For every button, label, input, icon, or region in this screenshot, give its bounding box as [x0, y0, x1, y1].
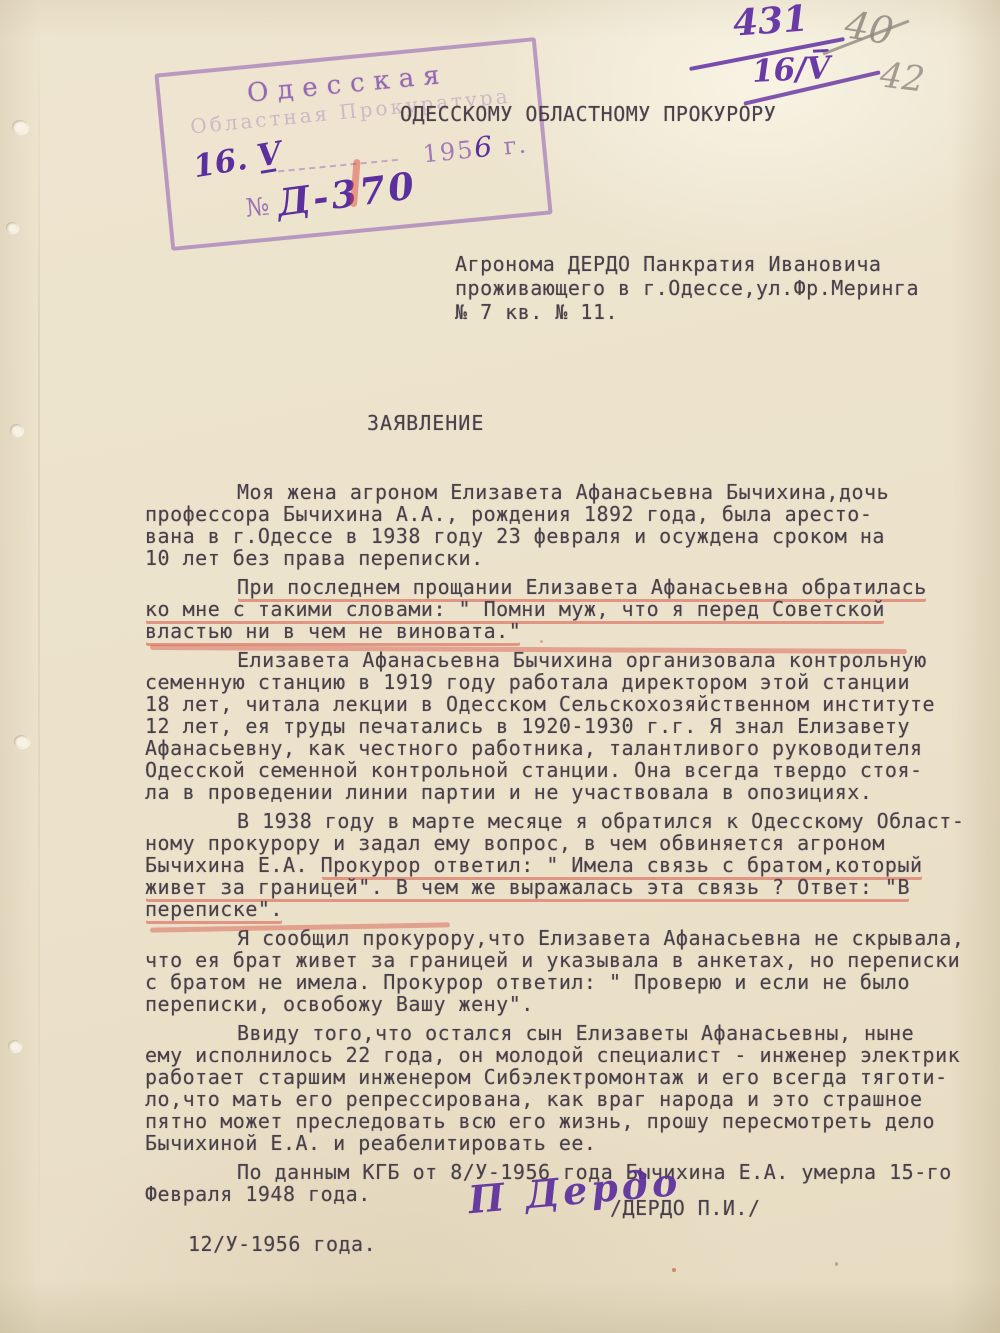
paper-hole: [14, 735, 29, 748]
typed-text: Одесской семенной контрольной станции. О…: [145, 758, 923, 782]
text-line: живет за границей". В чем же выражалась …: [145, 876, 990, 898]
typed-text: ному прокурору и задал ему вопрос, в чем…: [145, 831, 885, 855]
typed-text: семенную станцию в 1919 году работала ди…: [145, 670, 910, 694]
paper-hole: [6, 222, 18, 233]
typed-text: ла в проведении линии партии и не участв…: [145, 780, 872, 804]
stamp-year-suffix: г.: [502, 130, 529, 160]
paragraph: В 1938 году в марте месяце я обратился к…: [145, 810, 990, 920]
document-title: ЗАЯВЛЕНИЕ: [367, 412, 990, 434]
text-line: ла в проведении линии партии и не участв…: [145, 781, 990, 803]
typed-text: 10 лет без права переписки.: [145, 546, 484, 570]
annotation-purple-number: 431: [732, 0, 810, 45]
typed-text: профессора Бычихина А.А., рождения 1892 …: [145, 502, 872, 526]
text-line: ему исполнилось 22 года, он молодой спец…: [145, 1044, 990, 1066]
typed-text: переписки, освобожу Вашу жену".: [145, 992, 534, 1016]
text-line: Одесской семенной контрольной станции. О…: [145, 759, 990, 781]
text-line: В 1938 году в марте месяце я обратился к…: [145, 810, 990, 832]
stamp-year-handwritten: 6: [473, 130, 496, 165]
typed-text: что ея брат живет за границей и указывал…: [145, 948, 960, 972]
typed-text: Афанасьевну, как честного работника, тал…: [145, 736, 923, 760]
red-underlined-text: При последнем прощании Елизавета Афанась…: [237, 575, 927, 599]
typed-text: Ввиду того,что остался сын Елизаветы Афа…: [237, 1021, 914, 1045]
stamp-number-label: №: [244, 191, 270, 222]
document-body: ЗАЯВЛЕНИЕ Моя жена агроном Елизавета Афа…: [145, 412, 990, 1212]
typed-text: Бычихина Е.А.: [145, 853, 321, 877]
annotation-pencil-number: 42: [878, 55, 927, 100]
typed-text: Бычихиной Е.А. и реабелитировать ее.: [145, 1131, 596, 1155]
stamp-year: 1956 г.: [421, 126, 529, 169]
paper-speck: [540, 640, 543, 643]
paragraph: Я сообщил прокурору,что Елизавета Афанас…: [145, 927, 990, 1015]
red-underlined-text: властью ни в чем не виновата.": [145, 619, 521, 643]
paper-crease: [38, 0, 40, 1333]
document-page: Одесская Областная Прокуратура 16. V̲ 19…: [0, 0, 1000, 1333]
recipient-line: ОДЕССКОМУ ОБЛАСТНОМУ ПРОКУРОРУ: [400, 102, 776, 126]
text-line: работает старшим инженером Сибэлектромон…: [145, 1066, 990, 1088]
paper-speck: [672, 1268, 676, 1272]
text-line: Бычихиной Е.А. и реабелитировать ее.: [145, 1132, 990, 1154]
text-line: с братом не имела. Прокурор ответил: " П…: [145, 971, 990, 993]
typed-text: 12 лет, ея труды печатались в 1920-1930 …: [145, 714, 910, 738]
text-line: Бычихина Е.А. Прокурор ответил: " Имела …: [145, 854, 990, 876]
sender-line: Агронома ДЕРДО Панкратия Ивановича: [455, 252, 919, 276]
text-line: Афанасьевну, как честного работника, тал…: [145, 737, 990, 759]
red-underlined-text: ко мне с такими словами: " Помни муж, чт…: [145, 597, 885, 621]
typed-text: вана в г.Одессе в 1938 году 23 февраля и…: [145, 524, 885, 548]
stamp-date-handwritten: 16. V̲: [191, 135, 285, 185]
text-line: пятно может преследовать всю его жизнь, …: [145, 1110, 990, 1132]
text-line: профессора Бычихина А.А., рождения 1892 …: [145, 503, 990, 525]
paragraph: Моя жена агроном Елизавета Афанасьевна Б…: [145, 481, 990, 569]
red-underlined-text: переписке".: [145, 897, 283, 921]
text-line: Моя жена агроном Елизавета Афанасьевна Б…: [145, 481, 990, 503]
sender-line: проживающего в г.Одессе,ул.Фр.Меринга: [455, 276, 919, 300]
paragraph: Ввиду того,что остался сын Елизаветы Афа…: [145, 1022, 990, 1154]
text-line: Ввиду того,что остался сын Елизаветы Афа…: [145, 1022, 990, 1044]
red-underlined-text: живет за границей". В чем же выражалась …: [145, 875, 910, 899]
text-line: 12 лет, ея труды печатались в 1920-1930 …: [145, 715, 990, 737]
sender-line: № 7 кв. № 11.: [455, 300, 919, 324]
typed-text: ло,что мать его репрессирована, как враг…: [145, 1087, 923, 1111]
paper-speck: [835, 1262, 838, 1266]
stamp-year-printed: 195: [421, 136, 475, 169]
text-line: ному прокурору и задал ему вопрос, в чем…: [145, 832, 990, 854]
text-line: вана в г.Одессе в 1938 году 23 февраля и…: [145, 525, 990, 547]
typed-text: Я сообщил прокурору,что Елизавета Афанас…: [237, 926, 964, 950]
text-line: ко мне с такими словами: " Помни муж, чт…: [145, 598, 990, 620]
paragraph: Елизавета Афанасьевна Бычихина организов…: [145, 649, 990, 803]
document-date: 12/У-1956 года.: [188, 1232, 376, 1256]
paper-hole: [12, 120, 28, 134]
text-line: 18 лет, читала лекции в Одесском Сельско…: [145, 693, 990, 715]
text-line: При последнем прощании Елизавета Афанась…: [145, 576, 990, 598]
typed-text: пятно может преследовать всю его жизнь, …: [145, 1109, 935, 1133]
red-underlined-text: Прокурор ответил: " Имела связь с братом…: [321, 853, 923, 877]
text-line: переписке".: [145, 898, 990, 920]
text-line: переписки, освобожу Вашу жену".: [145, 993, 990, 1015]
typed-text: В 1938 году в марте месяце я обратился к…: [237, 809, 964, 833]
typed-text: Моя жена агроном Елизавета Афанасьевна Б…: [237, 480, 889, 504]
paper-hole: [10, 424, 23, 436]
text-line: что ея брат живет за границей и указывал…: [145, 949, 990, 971]
text-line: семенную станцию в 1919 году работала ди…: [145, 671, 990, 693]
text-line: 10 лет без права переписки.: [145, 547, 990, 569]
signature-typed: /ДЕРДО П.И./: [610, 1196, 761, 1220]
paragraph: При последнем прощании Елизавета Афанась…: [145, 576, 990, 642]
typed-text: ему исполнилось 22 года, он молодой спец…: [145, 1043, 960, 1067]
typed-text: с братом не имела. Прокурор ответил: " П…: [145, 970, 910, 994]
registration-stamp: Одесская Областная Прокуратура 16. V̲ 19…: [154, 37, 552, 251]
typed-text: Февраля 1948 года.: [145, 1182, 371, 1206]
text-line: ло,что мать его репрессирована, как враг…: [145, 1088, 990, 1110]
paragraphs-container: Моя жена агроном Елизавета Афанасьевна Б…: [145, 481, 990, 1205]
typed-text: работает старшим инженером Сибэлектромон…: [145, 1065, 948, 1089]
typed-text: 18 лет, читала лекции в Одесском Сельско…: [145, 692, 935, 716]
paper-hole: [8, 1040, 21, 1052]
sender-block: Агронома ДЕРДО Панкратия Ивановича прожи…: [455, 252, 919, 324]
text-line: властью ни в чем не виновата.": [145, 620, 990, 642]
